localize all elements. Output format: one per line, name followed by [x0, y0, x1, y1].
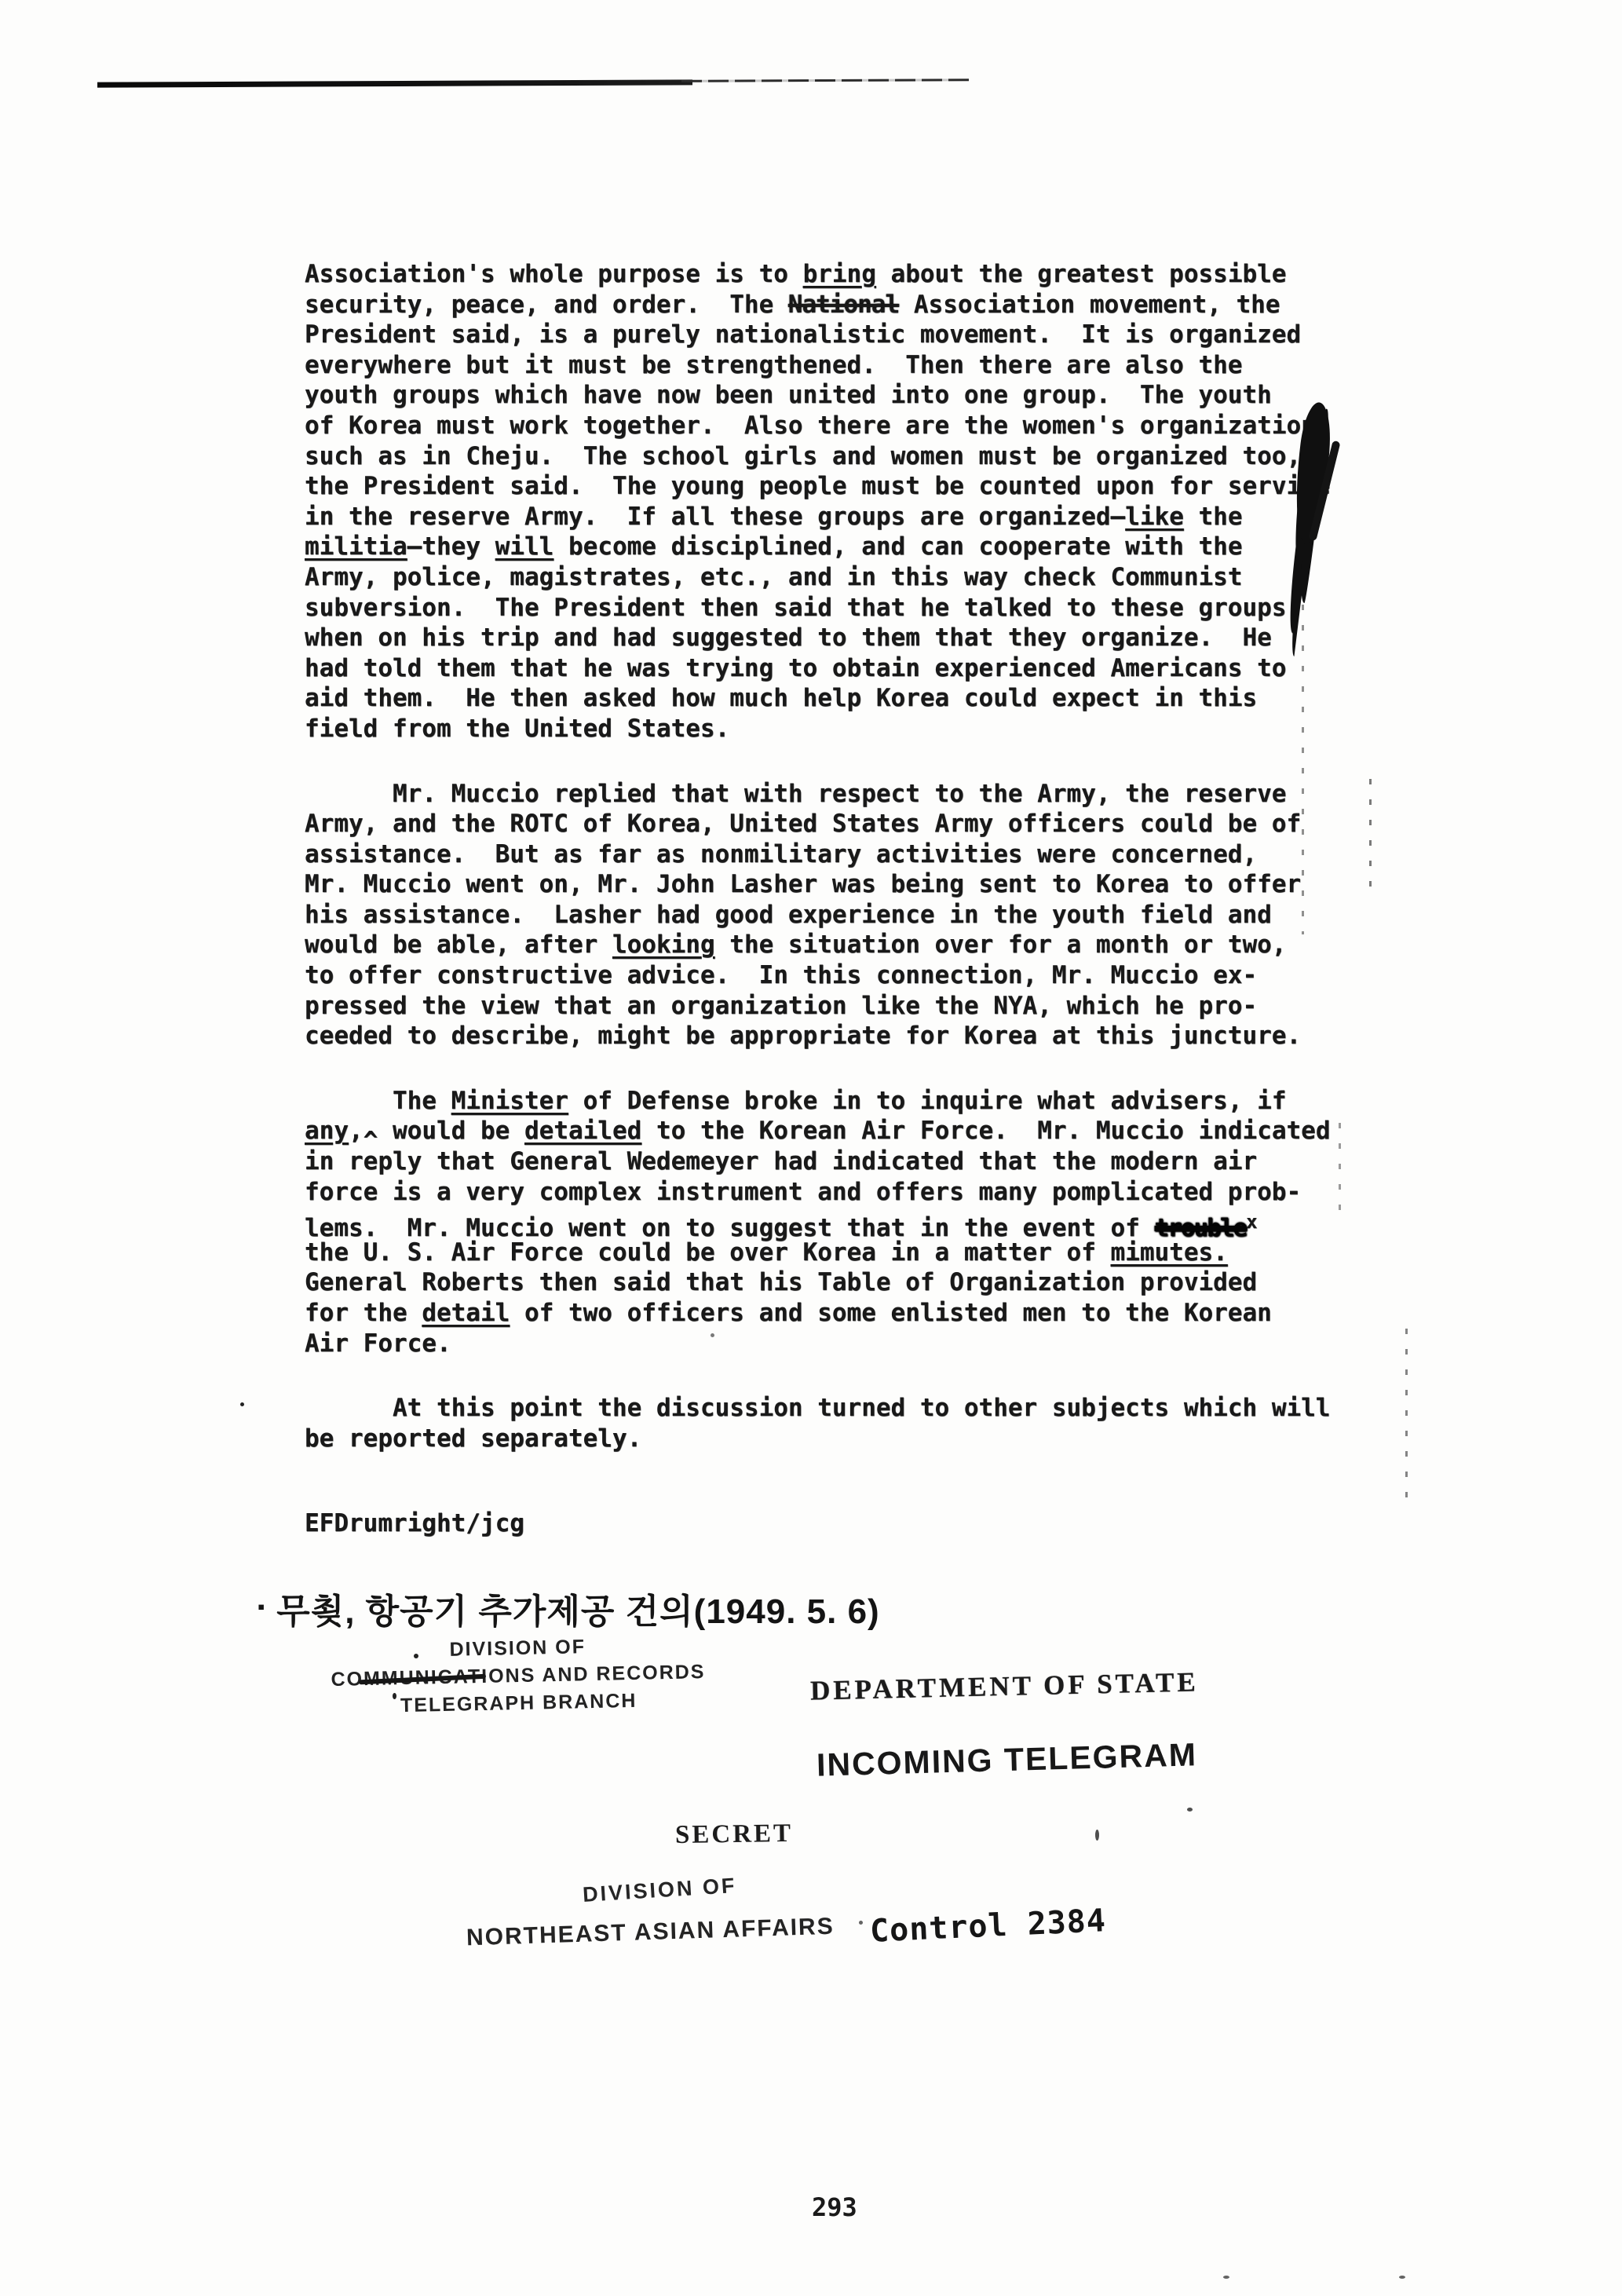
stamp-comm-line2-struck: MMUNICAT [363, 1665, 482, 1690]
text-segment: General Roberts then said that his Table… [305, 1268, 1257, 1296]
paragraph: At this point the discussion turned to o… [305, 1393, 1372, 1453]
scan-speck-artifact [393, 1693, 396, 1699]
text-line: when on his trip and had suggested to th… [305, 623, 1372, 653]
margin-dots-artifact [1369, 779, 1372, 889]
text-line: The Minister of Defense broke in to inqu… [305, 1086, 1372, 1117]
korean-caption: ▪ 무쵲, 항공기 추가제공 건의(1949. 5. 6) [258, 1583, 880, 1633]
text-segment: —they [407, 532, 495, 561]
annotated-text: detail [422, 1299, 510, 1327]
margin-dots-artifact [1302, 605, 1304, 934]
top-rule-solid-segment [97, 79, 692, 87]
annotated-text: bring [803, 260, 876, 288]
scan-speck-artifact [1095, 1830, 1099, 1841]
text-segment: be reported separately. [305, 1424, 641, 1453]
top-rule-dashed-segment [681, 79, 969, 82]
annotated-text: looking [612, 930, 715, 959]
stamp-communications-records: DIVISION OF COMMUNICATIONS AND RECORDS T… [329, 1631, 707, 1721]
text-segment: the U. S. Air Force could be over Korea … [305, 1238, 1111, 1267]
scan-speck-artifact [711, 1333, 714, 1337]
text-line: Mr. Muccio replied that with respect to … [305, 779, 1372, 810]
paragraph: Association's whole purpose is to bring … [305, 259, 1372, 744]
text-line: the U. S. Air Force could be over Korea … [305, 1238, 1372, 1268]
text-line: force is a very complex instrument and o… [305, 1177, 1372, 1208]
text-line: his assistance. Lasher had good experien… [305, 900, 1372, 930]
text-line: Mr. Muccio went on, Mr. John Lasher was … [305, 869, 1372, 900]
scan-speck-artifact [859, 1921, 863, 1925]
text-line: lems. Mr. Muccio went on to suggest that… [305, 1207, 1372, 1238]
text-line: assistance. But as far as nonmilitary ac… [305, 839, 1372, 870]
annotated-text: militia [305, 532, 407, 561]
stamp-comm-line2-pre: CO [331, 1668, 363, 1691]
bullet-square-icon: ▪ [258, 1596, 265, 1617]
control-number: Control 2384 [869, 1903, 1107, 1950]
annotated-text: ^ [363, 1126, 378, 1157]
text-segment: of Defense broke in to inquire what advi… [568, 1087, 1287, 1115]
text-segment: become disciplined, and can cooperate wi… [553, 532, 1242, 561]
annotated-text: will [495, 532, 554, 561]
text-line: pressed the view that an organization li… [305, 991, 1372, 1022]
text-line: would be able, after looking the situati… [305, 930, 1372, 960]
text-segment: ceeded to describe, might be appropriate… [305, 1022, 1301, 1050]
text-line: for the detail of two officers and some … [305, 1298, 1372, 1329]
text-segment: security, peace, and order. The [305, 291, 788, 319]
text-line: Army, and the ROTC of Korea, United Stat… [305, 809, 1372, 839]
text-segment: assistance. But as far as nonmilitary ac… [305, 840, 1257, 868]
text-segment: the situation over for a month or two, [715, 930, 1287, 959]
text-line: be reported separately. [305, 1424, 1372, 1454]
text-segment: in reply that General Wedemeyer had indi… [305, 1147, 1257, 1175]
text-segment: to offer constructive advice. In this co… [305, 961, 1257, 989]
paragraph: The Minister of Defense broke in to inqu… [305, 1086, 1372, 1358]
text-line: everywhere but it must be strengthened. … [305, 350, 1372, 381]
text-segment: At this point the discussion turned to o… [305, 1394, 1330, 1422]
text-line: youth groups which have now been united … [305, 380, 1372, 411]
text-segment: Air Force. [305, 1329, 451, 1358]
text-segment: youth groups which have now been united … [305, 381, 1272, 409]
text-segment: Mr. Muccio replied that with respect to … [305, 780, 1286, 808]
text-segment: of two officers and some enlisted men to… [510, 1299, 1272, 1327]
text-segment: field from the United States. [305, 715, 729, 743]
text-line: General Roberts then said that his Table… [305, 1267, 1372, 1298]
signature-line: EFDrumright/jcg [305, 1509, 524, 1537]
paragraph: Mr. Muccio replied that with respect to … [305, 779, 1372, 1051]
text-segment: in the reserve Army. If all these groups… [305, 503, 1125, 531]
text-segment: everywhere but it must be strengthened. … [305, 351, 1242, 379]
text-segment: Army, and the ROTC of Korea, United Stat… [305, 810, 1301, 838]
annotated-text: any [305, 1117, 349, 1145]
text-segment: for the [305, 1299, 422, 1327]
text-segment: to the Korean Air Force. Mr. Muccio indi… [641, 1117, 1330, 1145]
text-line: President said, is a purely nationalisti… [305, 320, 1372, 350]
stamp-incoming-telegram: INCOMING TELEGRAM [816, 1736, 1197, 1784]
text-segment: Mr. Muccio went on, Mr. John Lasher was … [305, 870, 1301, 898]
scan-speck-artifact [1223, 2276, 1229, 2279]
scan-speck-artifact [240, 1402, 244, 1406]
text-segment: would be able, after [305, 930, 612, 959]
page-number: 293 [812, 2192, 857, 2222]
text-line: ceeded to describe, might be appropriate… [305, 1021, 1372, 1051]
text-segment: of Korea must work together. Also there … [305, 411, 1330, 440]
text-line: in reply that General Wedemeyer had indi… [305, 1146, 1372, 1177]
text-segment: Army, police, magistrates, etc., and in … [305, 563, 1242, 591]
text-line: of Korea must work together. Also there … [305, 411, 1372, 441]
annotated-text: x [1246, 1211, 1257, 1233]
text-segment: subversion. The President then said that… [305, 594, 1286, 622]
annotated-text: National [788, 291, 899, 319]
text-line: in the reserve Army. If all these groups… [305, 502, 1372, 532]
text-segment: Association's whole purpose is to [305, 260, 803, 288]
stamp-department-of-state: DEPARTMENT OF STATE [810, 1666, 1200, 1706]
annotated-text: Minister [451, 1087, 568, 1115]
scan-speck-artifact [1187, 1808, 1193, 1812]
text-line: any,^ would be detailed to the Korean Ai… [305, 1116, 1372, 1146]
annotated-text: mimutes. [1111, 1238, 1228, 1267]
document-body: Association's whole purpose is to bring … [305, 259, 1372, 1488]
text-segment: such as in Cheju. The school girls and w… [305, 442, 1301, 470]
text-segment: the President said. The young people mus… [305, 472, 1330, 500]
annotated-text: detailed [524, 1117, 641, 1145]
text-segment: the [1184, 503, 1243, 531]
text-line: Air Force. [305, 1329, 1372, 1359]
text-segment: his assistance. Lasher had good experien… [305, 901, 1272, 929]
text-line: such as in Cheju. The school girls and w… [305, 441, 1372, 472]
text-line: Army, police, magistrates, etc., and in … [305, 562, 1372, 593]
text-segment: would be [378, 1117, 524, 1145]
text-line: aid them. He then asked how much help Ko… [305, 683, 1372, 714]
korean-caption-text: 무쵲, 항공기 추가제공 건의(1949. 5. 6) [276, 1583, 879, 1633]
text-segment: Association movement, the [899, 291, 1280, 319]
text-segment: The [305, 1087, 451, 1115]
text-segment: had told them that he was trying to obta… [305, 654, 1286, 682]
text-segment: President said, is a purely nationalisti… [305, 320, 1301, 349]
text-segment: when on his trip and had suggested to th… [305, 623, 1272, 652]
text-segment: , [349, 1117, 363, 1145]
text-segment: pressed the view that an organization li… [305, 992, 1257, 1020]
text-line: security, peace, and order. The National… [305, 290, 1372, 320]
stamp-comm-line2-post: IONS AND RECORDS [481, 1661, 706, 1687]
annotated-text: like [1125, 503, 1184, 531]
text-line: Association's whole purpose is to bring … [305, 259, 1372, 290]
text-line: field from the United States. [305, 714, 1372, 744]
stamp-division-of: DIVISION OF [582, 1874, 737, 1907]
text-line: to offer constructive advice. In this co… [305, 960, 1372, 991]
text-segment: aid them. He then asked how much help Ko… [305, 684, 1257, 712]
text-line: had told them that he was trying to obta… [305, 653, 1372, 684]
text-line: subversion. The President then said that… [305, 593, 1372, 623]
stamp-northeast-asian-affairs: NORTHEAST ASIAN AFFAIRS [466, 1914, 835, 1952]
scan-speck-artifact [414, 1654, 418, 1658]
text-line: At this point the discussion turned to o… [305, 1393, 1372, 1424]
text-segment: about the greatest possible [876, 260, 1287, 288]
margin-dots-artifact [1405, 1329, 1408, 1497]
text-segment: force is a very complex instrument and o… [305, 1178, 1301, 1206]
text-line: the President said. The young people mus… [305, 471, 1372, 502]
scan-speck-artifact [1399, 2276, 1405, 2279]
scanned-document-page: Association's whole purpose is to bring … [0, 0, 1622, 2296]
text-line: militia—they will become disciplined, an… [305, 532, 1372, 562]
classification-secret: SECRET [675, 1819, 794, 1850]
margin-dots-artifact [1339, 1123, 1341, 1225]
